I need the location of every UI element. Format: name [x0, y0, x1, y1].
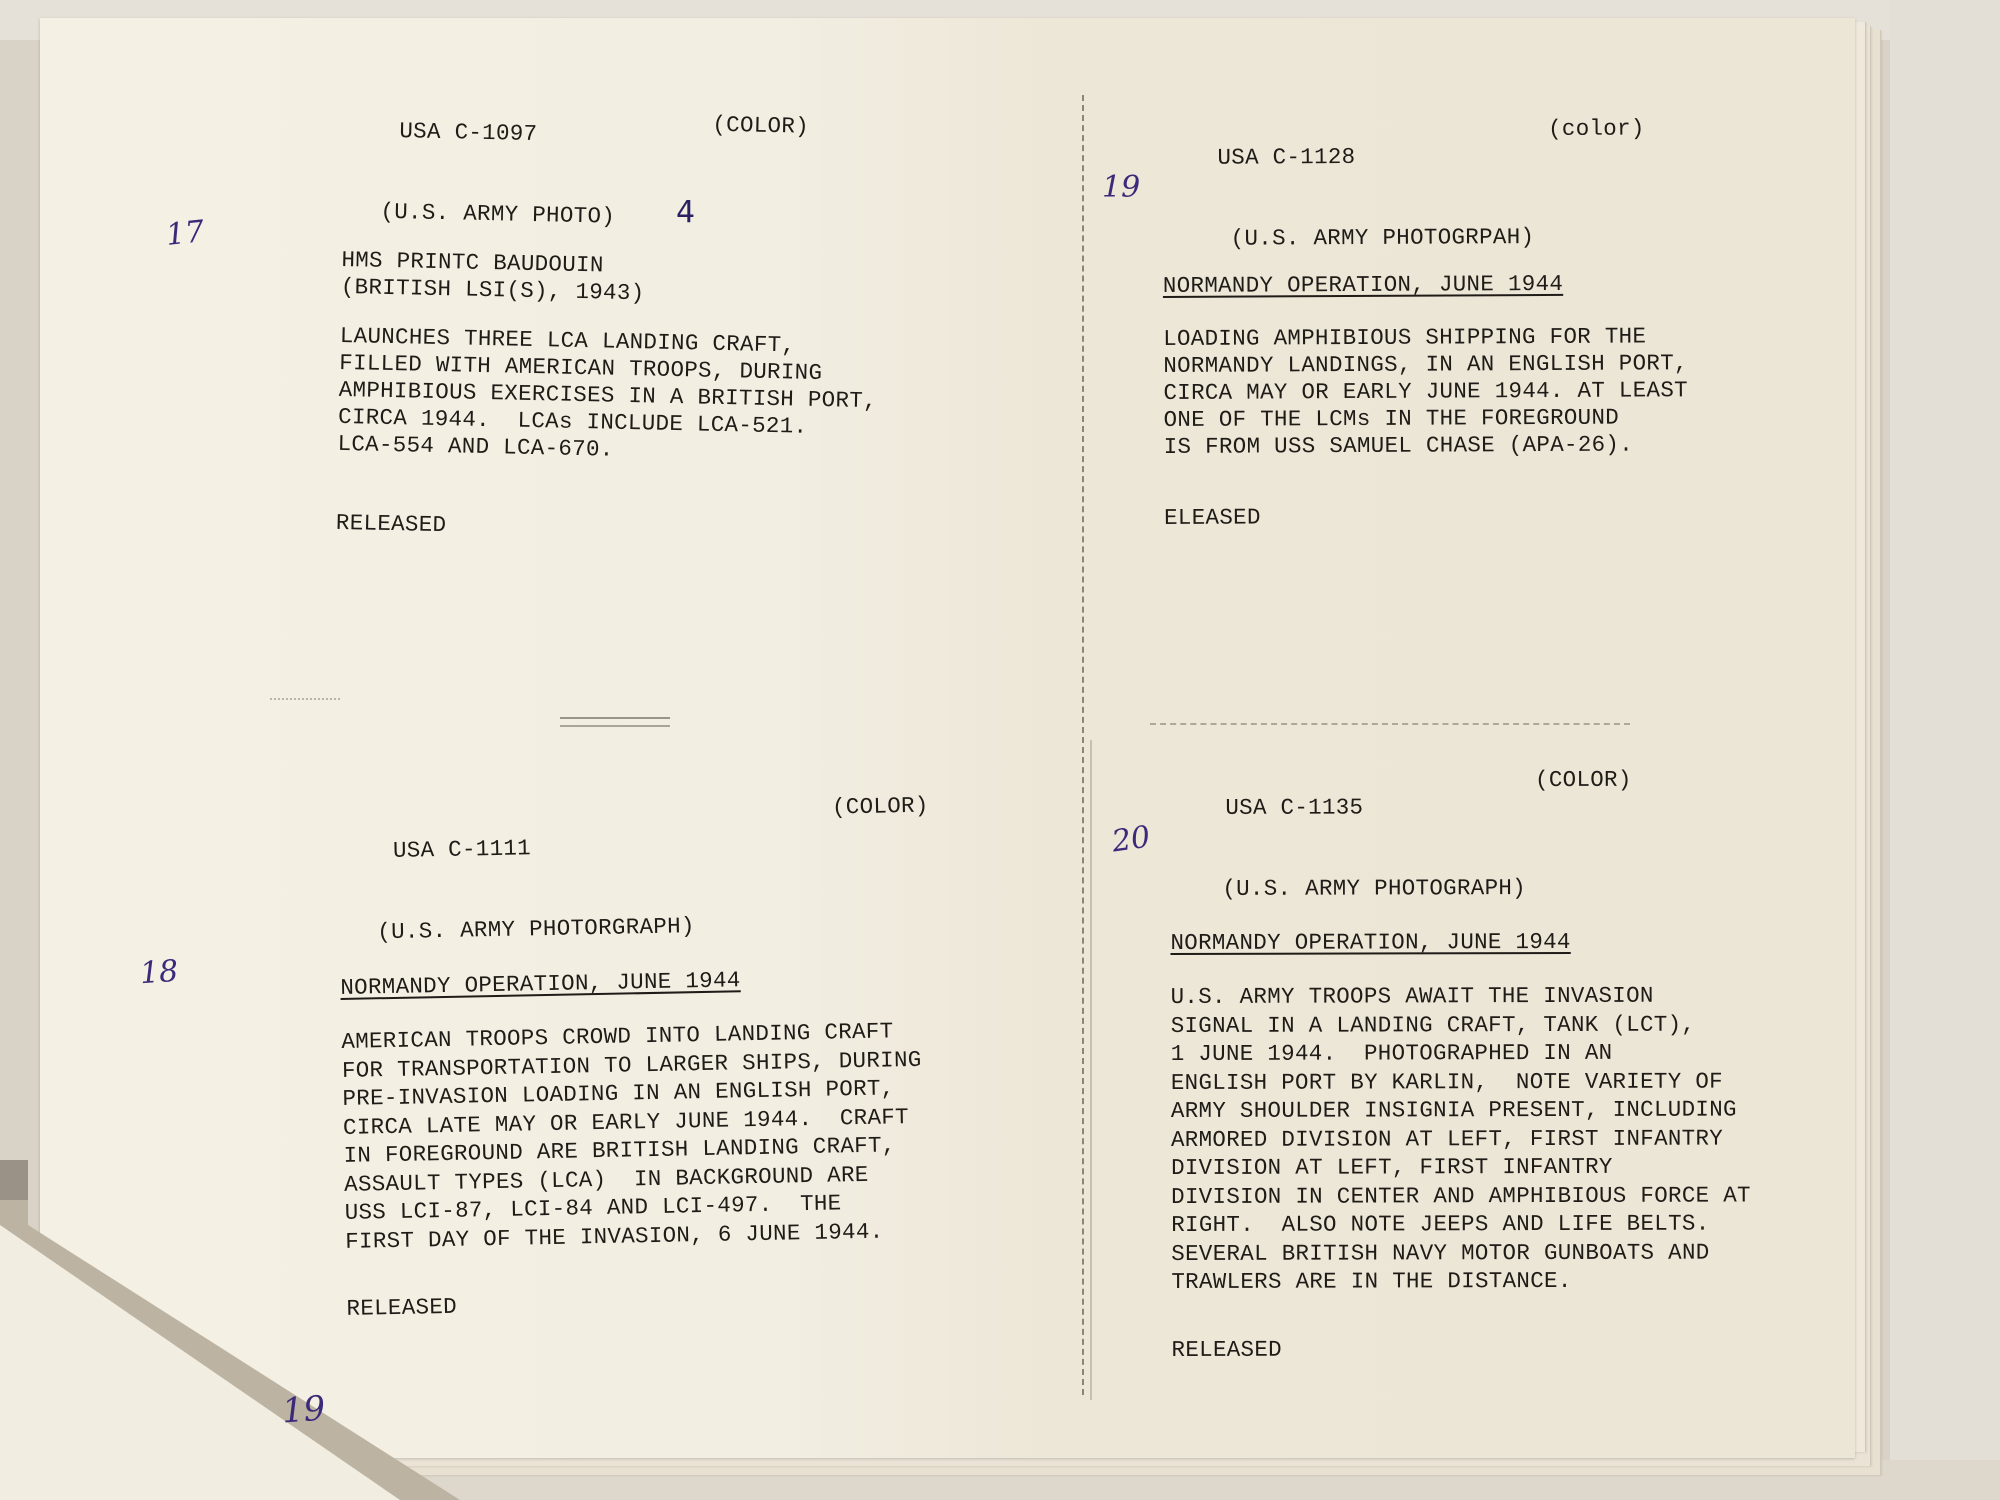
caption-body: LAUNCHES THREE LCA LANDING CRAFT, FILLED…: [337, 323, 878, 469]
vertical-cut-line: [1082, 95, 1088, 1395]
dotted-cut-marks: [270, 698, 340, 700]
horizontal-cut-line-left: [560, 717, 670, 727]
caption-title: NORMANDY OPERATION, JUNE 1944: [1170, 928, 1750, 957]
handwritten-year-correction: 4: [676, 198, 698, 234]
vertical-fold-shadow: [1090, 740, 1092, 1400]
caption-body: U.S. ARMY TROOPS AWAIT THE INVASION SIGN…: [1171, 981, 1752, 1296]
caption-body: LOADING AMPHIBIOUS SHIPPING FOR THE NORM…: [1163, 323, 1688, 461]
photo-id: USA C-1135: [1225, 794, 1363, 820]
photo-source: (U.S. ARMY PHOTOGRPAH): [1163, 223, 1688, 253]
photo-id: USA C-1128: [1217, 144, 1355, 171]
handwritten-number-20: 20: [1110, 820, 1153, 860]
caption-body: AMERICAN TROOPS CROWD INTO LANDING CRAFT…: [341, 1017, 925, 1256]
caption-entry-c1111: USA C-1111 (COLOR) (U.S. ARMY PHOTORGRAP…: [337, 801, 926, 1323]
background-surface-right: [1890, 0, 2000, 1500]
handwritten-number-19: 19: [1102, 170, 1140, 205]
color-tag: (COLOR): [1535, 767, 1632, 794]
caption-entry-c1097: USA C-1097 (COLOR) (U.S. ARMY PHOTO) HMS…: [336, 90, 884, 548]
photo-id-line: USA C-1135 (COLOR): [1170, 766, 1750, 876]
horizontal-cut-line-right: [1150, 723, 1630, 725]
color-tag: (color): [1548, 115, 1645, 143]
handwritten-number-18: 18: [139, 954, 180, 992]
photo-id-line: USA C-1111 (COLOR): [337, 801, 919, 920]
caption-entry-c1128: USA C-1128 (color) (U.S. ARMY PHOTOGRPAH…: [1162, 115, 1689, 532]
photo-id: USA C-1111: [393, 835, 532, 864]
handwritten-number-17: 17: [164, 214, 206, 253]
photo-id-line: USA C-1097 (COLOR): [343, 90, 883, 209]
photo-source: (U.S. ARMY PHOTOGRAPH): [1170, 874, 1750, 903]
caption-entry-c1135: USA C-1135 (COLOR) (U.S. ARMY PHOTOGRAPH…: [1170, 766, 1751, 1363]
release-status: ELEASED: [1164, 502, 1689, 532]
color-tag: (COLOR): [712, 112, 809, 141]
photo-id: USA C-1097: [399, 118, 538, 147]
caption-title: NORMANDY OPERATION, JUNE 1944: [1163, 270, 1688, 300]
handwritten-number-corner: 19: [281, 1389, 327, 1432]
color-tag: (COLOR): [832, 793, 929, 822]
caption-title: HMS PRINTC BAUDOUIN (BRITISH LSI(S), 194…: [341, 247, 880, 312]
photo-id-line: USA C-1128 (color): [1162, 115, 1687, 226]
caption-title: NORMANDY OPERATION, JUNE 1944: [340, 964, 920, 1002]
release-status: RELEASED: [1171, 1335, 1751, 1364]
